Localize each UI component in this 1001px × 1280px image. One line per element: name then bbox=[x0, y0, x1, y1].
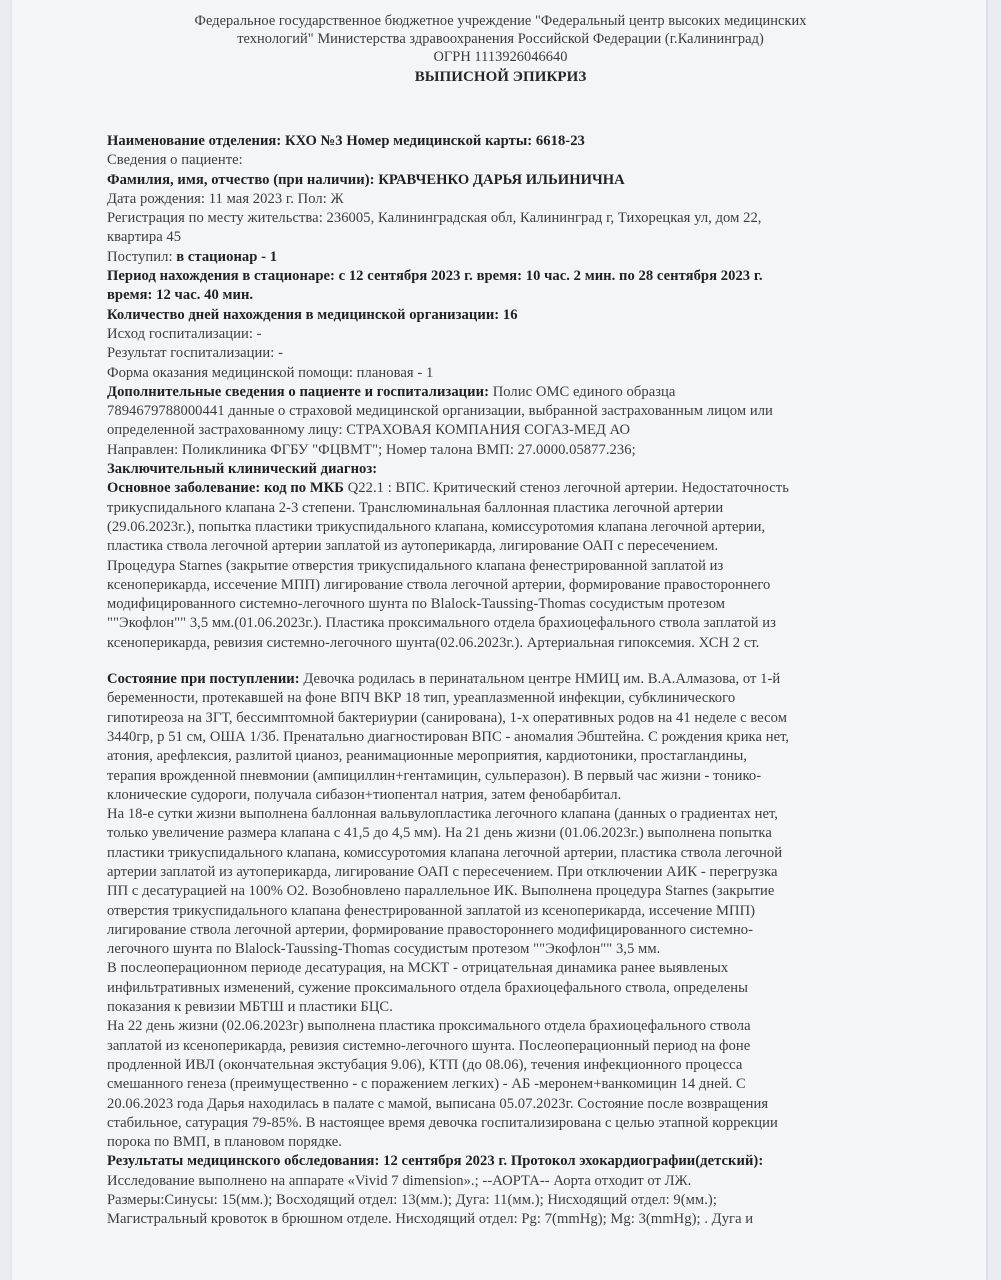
diagnosis-line: модифицированного системно-легочного шун… bbox=[107, 595, 897, 614]
results-heading: Результаты медицинского обследования: 12… bbox=[107, 1152, 897, 1171]
sex-label: Пол: bbox=[298, 191, 327, 207]
condition-line: 20.06.2023 года Дарья находилась в палат… bbox=[107, 1095, 897, 1114]
insurance-line-1: 7894679788000441 данные о страховой меди… bbox=[107, 402, 897, 421]
card-label: Номер медицинской карты: bbox=[346, 133, 532, 149]
condition-line: заплатой из ксеноперикарда, ревизия сист… bbox=[107, 1037, 897, 1056]
condition-text: Девочка родилась в перинатальном центре … bbox=[300, 671, 781, 687]
diagnosis-line: (29.06.2023г.), попытка пластики трикусп… bbox=[107, 518, 897, 537]
referral-line: Направлен: Поликлиника ФГБУ "ФЦВМТ"; Ном… bbox=[107, 441, 897, 460]
admitted-row: Поступил: в стационар - 1 bbox=[107, 248, 897, 267]
condition-line: На 22 день жизни (02.06.2023г) выполнена… bbox=[107, 1017, 897, 1036]
condition-line: легочного шунта по Blalock-Taussing-Thom… bbox=[107, 940, 897, 959]
icd-code: Q22.1 bbox=[348, 480, 384, 496]
condition-line: беременности, протекавшей на фоне ВПЧ ВК… bbox=[107, 689, 897, 708]
diagnosis-line: пластика ствола легочной артерии заплато… bbox=[107, 537, 897, 556]
outcome-row: Исход госпитализации: - bbox=[107, 325, 897, 344]
condition-line: атония, арефлексия, разлитой цианоз, реа… bbox=[107, 747, 897, 766]
condition-line: стабильное, сатурация 79-85%. В настояще… bbox=[107, 1114, 897, 1133]
condition-line: продленной ИВЛ (окончательная экстубация… bbox=[107, 1056, 897, 1075]
days-count-label: Количество дней нахождения в медицинской… bbox=[107, 307, 499, 323]
diagnosis-line: Процедура Starnes (закрытие отверстия тр… bbox=[107, 557, 897, 576]
care-form-value: плановая - 1 bbox=[357, 365, 434, 381]
results-line: Магистральный кровоток в брюшном отделе.… bbox=[107, 1210, 897, 1229]
outcome-label: Исход госпитализации: bbox=[107, 326, 253, 342]
diagnosis-heading: Заключительный клинический диагноз: bbox=[107, 460, 897, 479]
institution-line-1: Федеральное государственное бюджетное уч… bbox=[0, 12, 1001, 30]
care-form-label: Форма оказания медицинской помощи: bbox=[107, 365, 353, 381]
condition-line: клонические судороги, получала сибазон+т… bbox=[107, 786, 897, 805]
condition-line-0: Состояние при поступлении: Девочка родил… bbox=[107, 670, 897, 689]
insurance-line-2: определенной застрахованному лицу: СТРАХ… bbox=[107, 421, 897, 440]
condition-line: смешанного генеза (преимущественно - с п… bbox=[107, 1075, 897, 1094]
dob-value: 11 мая 2023 г. bbox=[209, 191, 294, 207]
results-line: Размеры:Синусы: 15(мм.); Восходящий отде… bbox=[107, 1191, 897, 1210]
ogrn: ОГРН 1113926046640 bbox=[0, 48, 1001, 66]
condition-label: Состояние при поступлении: bbox=[107, 671, 300, 687]
diagnosis-line-0: Основное заболевание: код по МКБ Q22.1 :… bbox=[107, 479, 897, 498]
additional-info-row: Дополнительные сведения о пациенте и гос… bbox=[107, 383, 897, 402]
condition-line: порока по ВМП, в плановом порядке. bbox=[107, 1133, 897, 1152]
condition-line: только увеличение размера клапана с 41,5… bbox=[107, 824, 897, 843]
condition-line: На 18-е сутки жизни выполнена баллонная … bbox=[107, 805, 897, 824]
diagnosis-line: ксеноперикарда, ревизия системно-легочно… bbox=[107, 634, 897, 653]
result-value: - bbox=[278, 345, 283, 361]
condition-line: отверстия трикуспидального клапана фенес… bbox=[107, 902, 897, 921]
days-count-row: Количество дней нахождения в медицинской… bbox=[107, 306, 897, 325]
dob-label: Дата рождения: bbox=[107, 191, 205, 207]
results-line: Исследование выполнено на аппарате «Vivi… bbox=[107, 1172, 897, 1191]
condition-line: инфильтративных изменений, сужение прокс… bbox=[107, 979, 897, 998]
patient-name-label: Фамилия, имя, отчество (при наличии): bbox=[107, 172, 375, 188]
patient-info-heading: Сведения о пациенте: bbox=[107, 151, 897, 170]
condition-line: ПП с десатурацией на 100% О2. Возобновле… bbox=[107, 882, 897, 901]
institution-line-2: технологий" Министерства здравоохранения… bbox=[0, 30, 1001, 48]
condition-line: показания к ревизии МБТШ и пластики БЦС. bbox=[107, 998, 897, 1017]
department-label: Наименование отделения: bbox=[107, 133, 281, 149]
department-row: Наименование отделения: КХО №3 Номер мед… bbox=[107, 132, 897, 151]
stay-period-line-2: время: 12 час. 40 мин. bbox=[107, 286, 897, 305]
stay-period-line-1: Период нахождения в стационаре: с 12 сен… bbox=[107, 267, 897, 286]
diagnosis-line: ксеноперикарда, иссечение МПП) лигирован… bbox=[107, 576, 897, 595]
condition-line: В послеоперационном периоде десатурация,… bbox=[107, 959, 897, 978]
result-label: Результат госпитализации: bbox=[107, 345, 274, 361]
additional-info-value: Полис ОМС единого образца bbox=[493, 384, 676, 400]
result-row: Результат госпитализации: - bbox=[107, 344, 897, 363]
condition-line: терапия врожденной пневмонии (ампициллин… bbox=[107, 767, 897, 786]
document-body: Наименование отделения: КХО №3 Номер мед… bbox=[107, 132, 897, 1230]
outcome-value: - bbox=[257, 326, 262, 342]
address-label: Регистрация по месту жительства: bbox=[107, 210, 323, 226]
condition-line: пластики трикуспидального клапана, комис… bbox=[107, 844, 897, 863]
patient-name-value: КРАВЧЕНКО ДАРЬЯ ИЛЬИНИЧНА bbox=[378, 172, 625, 188]
diagnosis-line: трикуспидального клапана 2-3 степени. Тр… bbox=[107, 499, 897, 518]
department-value: КХО №3 bbox=[285, 133, 343, 149]
patient-name-row: Фамилия, имя, отчество (при наличии): КР… bbox=[107, 171, 897, 190]
sex-value: Ж bbox=[331, 191, 344, 207]
document-header: Федеральное государственное бюджетное уч… bbox=[0, 12, 1001, 86]
condition-line: лигирование ствола легочной артерии, фор… bbox=[107, 921, 897, 940]
additional-info-label: Дополнительные сведения о пациенте и гос… bbox=[107, 384, 489, 400]
admitted-value: в стационар - 1 bbox=[176, 249, 277, 265]
main-disease-label: Основное заболевание: код по МКБ bbox=[107, 480, 344, 496]
dob-row: Дата рождения: 11 мая 2023 г. Пол: Ж bbox=[107, 190, 897, 209]
address-value: 236005, Калининградская обл, Калининград… bbox=[327, 210, 762, 226]
condition-line: гипотиреоза на ЗГТ, бессимптомной бактер… bbox=[107, 709, 897, 728]
care-form-row: Форма оказания медицинской помощи: плано… bbox=[107, 364, 897, 383]
days-count-value: 16 bbox=[503, 307, 518, 323]
condition-line: артерии заплатой из аутоперикарда, лигир… bbox=[107, 863, 897, 882]
diagnosis-line: ""Экофлон"" 3,5 мм.(01.06.2023г.). Пласт… bbox=[107, 614, 897, 633]
condition-line: 3440гр, р 51 см, ОША 1/3б. Пренатально д… bbox=[107, 728, 897, 747]
document-title: ВЫПИСНОЙ ЭПИКРИЗ bbox=[0, 68, 1001, 86]
section-spacer bbox=[107, 653, 897, 670]
address-row: Регистрация по месту жительства: 236005,… bbox=[107, 209, 897, 228]
diagnosis-text: : ВПС. Критический стеноз легочной артер… bbox=[384, 480, 789, 496]
card-value: 6618-23 bbox=[536, 133, 585, 149]
admitted-label: Поступил: bbox=[107, 249, 173, 265]
address-row-2: квартира 45 bbox=[107, 228, 897, 247]
